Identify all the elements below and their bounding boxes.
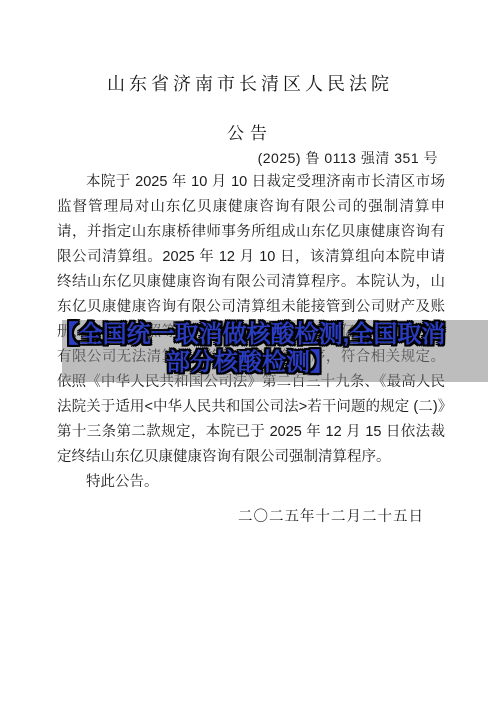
court-name-heading: 山东省济南市长清区人民法院 (0, 70, 500, 96)
doc-type-heading: 公告 (0, 119, 500, 144)
case-number: (2025) 鲁 0113 强清 351 号 (0, 148, 438, 168)
court-announcement-page: 山东省济南市长清区人民法院 公告 (2025) 鲁 0113 强清 351 号 … (0, 0, 500, 706)
overlay-text: 【全国统一取消做核酸检测,全国取消 部分核酸检测】 (0, 321, 500, 377)
announcement-date: 二〇二五年十二月二十五日 (0, 505, 424, 526)
closing-line: 特此公告。 (57, 470, 445, 495)
overlay-caption-line2: 部分核酸检测】 (0, 349, 500, 377)
overlay-caption-line1: 【全国统一取消做核酸检测,全国取消 (0, 321, 500, 349)
